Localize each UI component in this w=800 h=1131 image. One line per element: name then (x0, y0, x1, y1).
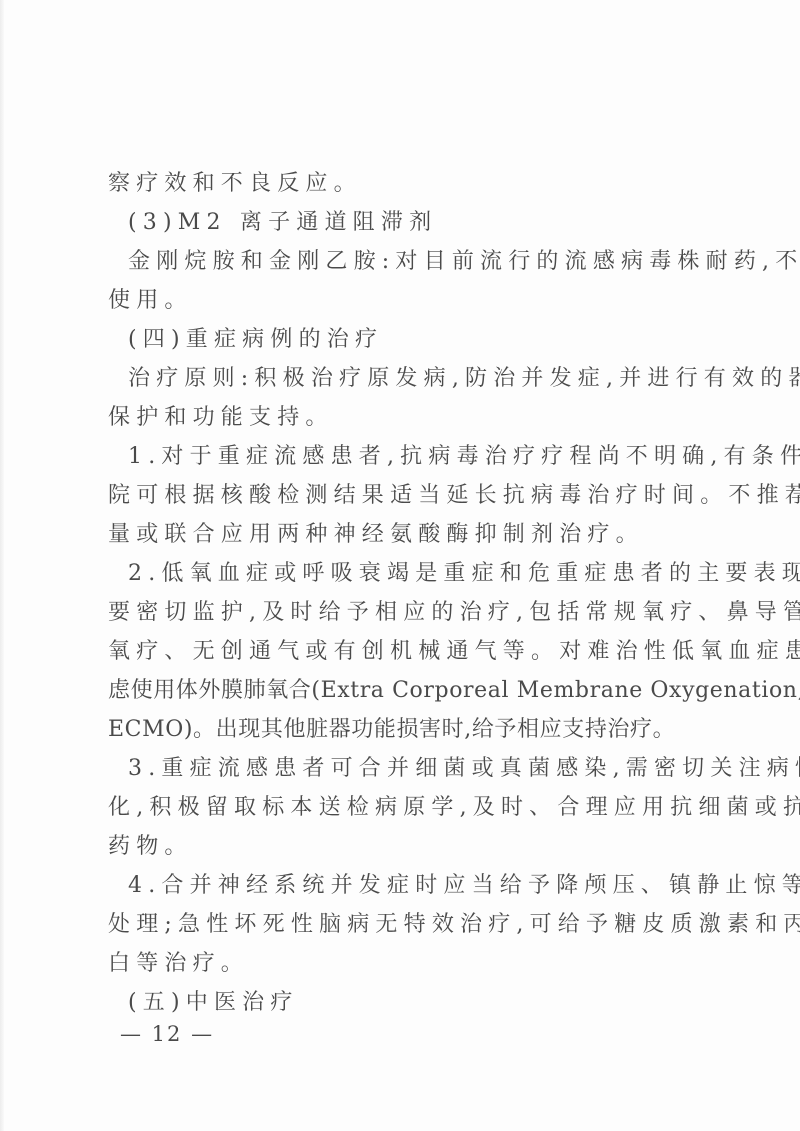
list-item-1-line-1: 1.对于重症流感患者,抗病毒治疗疗程尚不明确,有条件的医 (108, 437, 704, 476)
list-item-4-line-2: 处理;急性坏死性脑病无特效治疗,可给予糖皮质激素和丙种球蛋 (108, 905, 704, 944)
document-body: 察疗效和不良反应。 (3)M2 离子通道阻滞剂 金刚烷胺和金刚乙胺:对目前流行的… (108, 164, 704, 1022)
paragraph-continuation-line: 察疗效和不良反应。 (108, 164, 704, 203)
list-item-4-line-3: 白等治疗。 (108, 944, 704, 983)
list-item-2-line-2: 要密切监护,及时给予相应的治疗,包括常规氧疗、鼻导管高流量 (108, 593, 704, 632)
list-item-2-line-1: 2.低氧血症或呼吸衰竭是重症和危重症患者的主要表现,需 (108, 554, 704, 593)
list-item-4-line-1: 4.合并神经系统并发症时应当给予降颅压、镇静止惊等对症 (108, 866, 704, 905)
list-item-1-line-3: 量或联合应用两种神经氨酸酶抑制剂治疗。 (108, 515, 704, 554)
section-heading-severe-case-treatment: (四)重症病例的治疗 (108, 320, 704, 359)
section-heading-m2-ion-channel-blockers: (3)M2 离子通道阻滞剂 (108, 203, 704, 242)
list-item-2-line-3: 氧疗、无创通气或有创机械通气等。对难治性低氧血症患者,可考 (108, 632, 704, 671)
list-item-2-line-5: ECMO)。出现其他脏器功能损害时,给予相应支持治疗。 (108, 710, 704, 749)
paragraph-amantadine-line-1: 金刚烷胺和金刚乙胺:对目前流行的流感病毒株耐药,不建议 (108, 242, 704, 281)
document-page: 察疗效和不良反应。 (3)M2 离子通道阻滞剂 金刚烷胺和金刚乙胺:对目前流行的… (0, 0, 800, 1131)
paragraph-amantadine-line-2: 使用。 (108, 281, 704, 320)
page-number: — 12 — (120, 1022, 214, 1046)
paragraph-treatment-principle-line-1: 治疗原则:积极治疗原发病,防治并发症,并进行有效的器官 (108, 359, 704, 398)
list-item-2-line-4: 虑使用体外膜肺氧合(Extra Corporeal Membrane Oxyge… (108, 671, 704, 710)
list-item-3-line-3: 药物。 (108, 827, 704, 866)
page-edge-shadow (0, 0, 4, 1131)
list-item-3-line-2: 化,积极留取标本送检病原学,及时、合理应用抗细菌或抗真菌 (108, 788, 704, 827)
paragraph-treatment-principle-line-2: 保护和功能支持。 (108, 398, 704, 437)
list-item-1-line-2: 院可根据核酸检测结果适当延长抗病毒治疗时间。不推荐双倍剂 (108, 476, 704, 515)
list-item-3-line-1: 3.重症流感患者可合并细菌或真菌感染,需密切关注病情变 (108, 749, 704, 788)
section-heading-tcm-treatment: (五)中医治疗 (108, 983, 704, 1022)
